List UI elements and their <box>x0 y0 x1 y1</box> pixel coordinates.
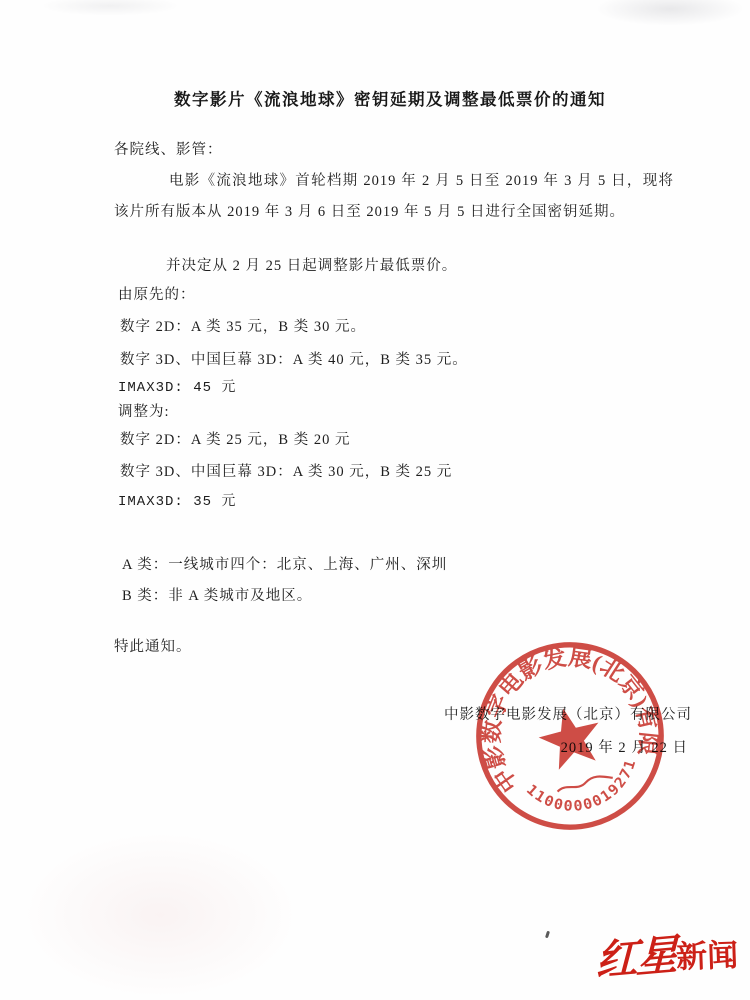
seal-serial-number: 1100000019271 <box>520 753 649 827</box>
scanned-notice-page: 数字影片《流浪地球》密钥延期及调整最低票价的通知 各院线、影管： 电影《流浪地球… <box>0 0 750 1000</box>
signature-date: 2019 年 2 月 22 日 <box>561 733 688 763</box>
seal-scribble <box>556 773 612 792</box>
original-price-digital-2d: 数字 2D：A 类 35 元，B 类 30 元。 <box>120 312 366 342</box>
logo-calligraphy-text: 红星 <box>595 922 676 989</box>
class-b-definition: B 类：非 A 类城市及地区。 <box>122 581 312 611</box>
salutation: 各院线、影管： <box>114 135 223 165</box>
logo-block-text: 新闻 <box>675 930 739 977</box>
closing-phrase: 特此通知。 <box>114 632 192 662</box>
adjusted-prices-label: 调整为: <box>118 397 170 427</box>
paragraph-key-extension: 电影《流浪地球》首轮档期 2019 年 2 月 5 日至 2019 年 3 月 … <box>114 166 674 228</box>
original-price-digital-3d: 数字 3D、中国巨幕 3D：A 类 40 元，B 类 35 元。 <box>120 345 468 375</box>
notice-title: 数字影片《流浪地球》密钥延期及调整最低票价的通知 <box>60 86 720 110</box>
scan-smudge <box>20 830 300 1000</box>
scan-smudge <box>595 0 745 26</box>
original-prices-label: 由原先的： <box>118 280 196 310</box>
adjusted-price-digital-2d: 数字 2D：A 类 25 元，B 类 20 元 <box>120 425 350 455</box>
scan-smudge <box>40 0 180 16</box>
signature-company: 中影数字电影发展（北京）有限公司 <box>444 700 692 730</box>
paragraph-price-decision: 并决定从 2 月 25 日起调整影片最低票价。 <box>166 251 457 281</box>
class-a-definition: A 类：一线城市四个：北京、上海、广州、深圳 <box>122 550 447 580</box>
scan-speck <box>545 931 550 939</box>
adjusted-price-digital-3d: 数字 3D、中国巨幕 3D：A 类 30 元，B 类 25 元 <box>120 457 452 487</box>
adjusted-price-imax3d: IMAX3D: 35 元 <box>118 487 236 517</box>
svg-text:1100000019271: 1100000019271 <box>520 753 649 827</box>
red-star-news-logo: 红星新闻 <box>595 922 739 987</box>
